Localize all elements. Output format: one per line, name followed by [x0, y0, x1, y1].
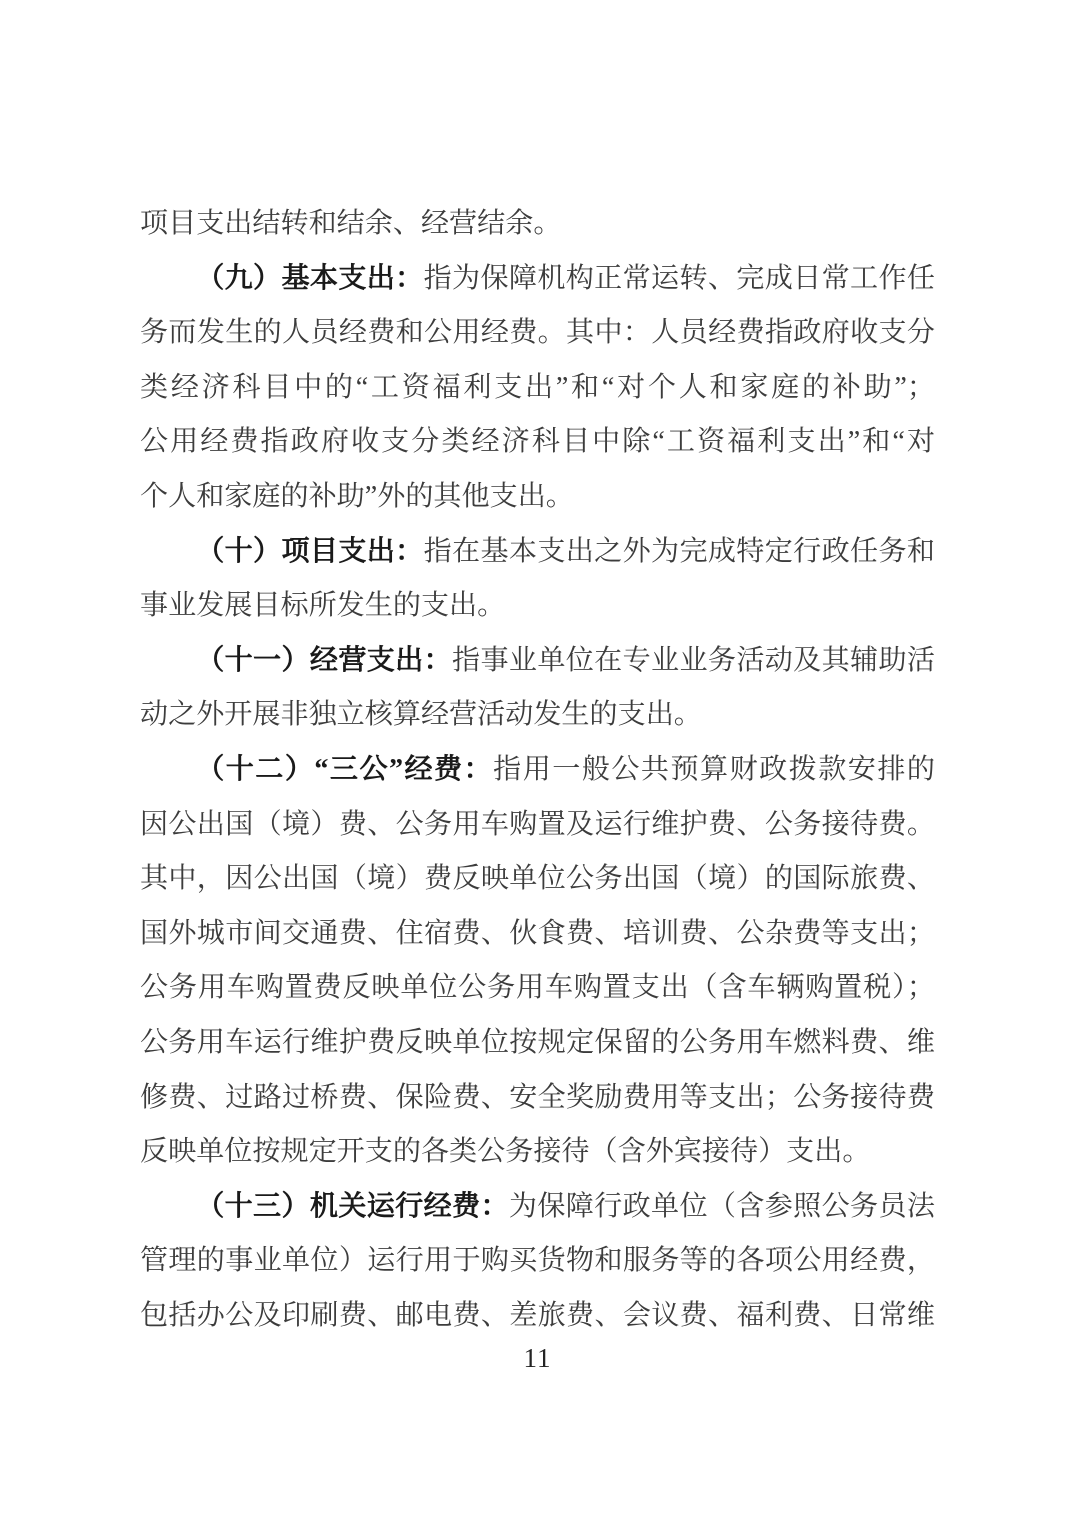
text-line: 事业发展目标所发生的支出。 [140, 579, 935, 634]
text-line: 公务用车购置费反映单位公务用车购置支出（含车辆购置税）； [140, 961, 935, 1016]
text-line: 务而发生的人员经费和公用经费。其中：人员经费指政府收支分 [140, 306, 935, 361]
text-run: 公务用车购置费反映单位公务用车购置支出（含车辆购置税）； [140, 972, 935, 1003]
heading-run: （十三）机关运行经费： [196, 1191, 509, 1222]
text-run: 事业发展目标所发生的支出。 [140, 590, 505, 621]
text-line: 国外城市间交通费、住宿费、伙食费、培训费、公杂费等支出； [140, 907, 935, 962]
text-line: （十）项目支出：指在基本支出之外为完成特定行政任务和 [140, 525, 935, 580]
text-run: 为保障行政单位（含参照公务员法 [509, 1191, 935, 1222]
text-line: （十二）“三公”经费：指用一般公共预算财政拨款安排的 [140, 743, 935, 798]
text-run: 国外城市间交通费、住宿费、伙食费、培训费、公杂费等支出； [140, 918, 935, 949]
text-run: 类经济科目中的“工资福利支出”和“对个人和家庭的补助”； [140, 372, 935, 403]
text-run: 指事业单位在专业业务活动及其辅助活 [452, 645, 935, 676]
text-run: 其中，因公出国（境）费反映单位公务出国（境）的国际旅费、 [140, 863, 935, 894]
text-line: 公用经费指政府收支分类经济科目中除“工资福利支出”和“对 [140, 415, 935, 470]
text-run: 公务用车运行维护费反映单位按规定保留的公务用车燃料费、维 [140, 1027, 935, 1058]
heading-run: （十一）经营支出： [196, 645, 452, 676]
document-body: 项目支出结转和结余、经营结余。（九）基本支出：指为保障机构正常运转、完成日常工作… [140, 197, 935, 1343]
text-line: （九）基本支出：指为保障机构正常运转、完成日常工作任 [140, 252, 935, 307]
text-line: 反映单位按规定开支的各类公务接待（含外宾接待）支出。 [140, 1125, 935, 1180]
text-run: 务而发生的人员经费和公用经费。其中：人员经费指政府收支分 [140, 317, 935, 348]
text-line: 个人和家庭的补助”外的其他支出。 [140, 470, 935, 525]
text-line: 修费、过路过桥费、保险费、安全奖励费用等支出；公务接待费 [140, 1071, 935, 1126]
text-run: 反映单位按规定开支的各类公务接待（含外宾接待）支出。 [140, 1136, 870, 1167]
text-run: 包括办公及印刷费、邮电费、差旅费、会议费、福利费、日常维 [140, 1300, 935, 1331]
text-line: 类经济科目中的“工资福利支出”和“对个人和家庭的补助”； [140, 361, 935, 416]
heading-run: （九）基本支出： [196, 263, 423, 294]
text-run: 动之外开展非独立核算经营活动发生的支出。 [140, 699, 702, 730]
text-line: 公务用车运行维护费反映单位按规定保留的公务用车燃料费、维 [140, 1016, 935, 1071]
text-run: 项目支出结转和结余、经营结余。 [140, 208, 561, 239]
text-line: 项目支出结转和结余、经营结余。 [140, 197, 935, 252]
text-run: 公用经费指政府收支分类经济科目中除“工资福利支出”和“对 [140, 426, 935, 457]
text-line: 动之外开展非独立核算经营活动发生的支出。 [140, 688, 935, 743]
text-line: （十三）机关运行经费：为保障行政单位（含参照公务员法 [140, 1180, 935, 1235]
heading-run: （十）项目支出： [196, 536, 423, 567]
text-run: 指为保障机构正常运转、完成日常工作任 [424, 263, 935, 294]
text-run: 修费、过路过桥费、保险费、安全奖励费用等支出；公务接待费 [140, 1082, 935, 1113]
text-line: 因公出国（境）费、公务用车购置及运行维护费、公务接待费。 [140, 798, 935, 853]
text-line: 管理的事业单位）运行用于购买货物和服务等的各项公用经费， [140, 1234, 935, 1289]
text-run: 管理的事业单位）运行用于购买货物和服务等的各项公用经费， [140, 1245, 935, 1276]
document-page: 项目支出结转和结余、经营结余。（九）基本支出：指为保障机构正常运转、完成日常工作… [0, 0, 1075, 1520]
text-run: 个人和家庭的补助”外的其他支出。 [140, 481, 574, 512]
text-run: 指在基本支出之外为完成特定行政任务和 [424, 536, 935, 567]
page-number: 11 [0, 1336, 1075, 1380]
text-line: 其中，因公出国（境）费反映单位公务出国（境）的国际旅费、 [140, 852, 935, 907]
text-run: 指用一般公共预算财政拨款安排的 [493, 754, 935, 785]
heading-run: （十二）“三公”经费： [196, 754, 493, 785]
text-line: （十一）经营支出：指事业单位在专业业务活动及其辅助活 [140, 634, 935, 689]
text-run: 因公出国（境）费、公务用车购置及运行维护费、公务接待费。 [140, 809, 935, 840]
